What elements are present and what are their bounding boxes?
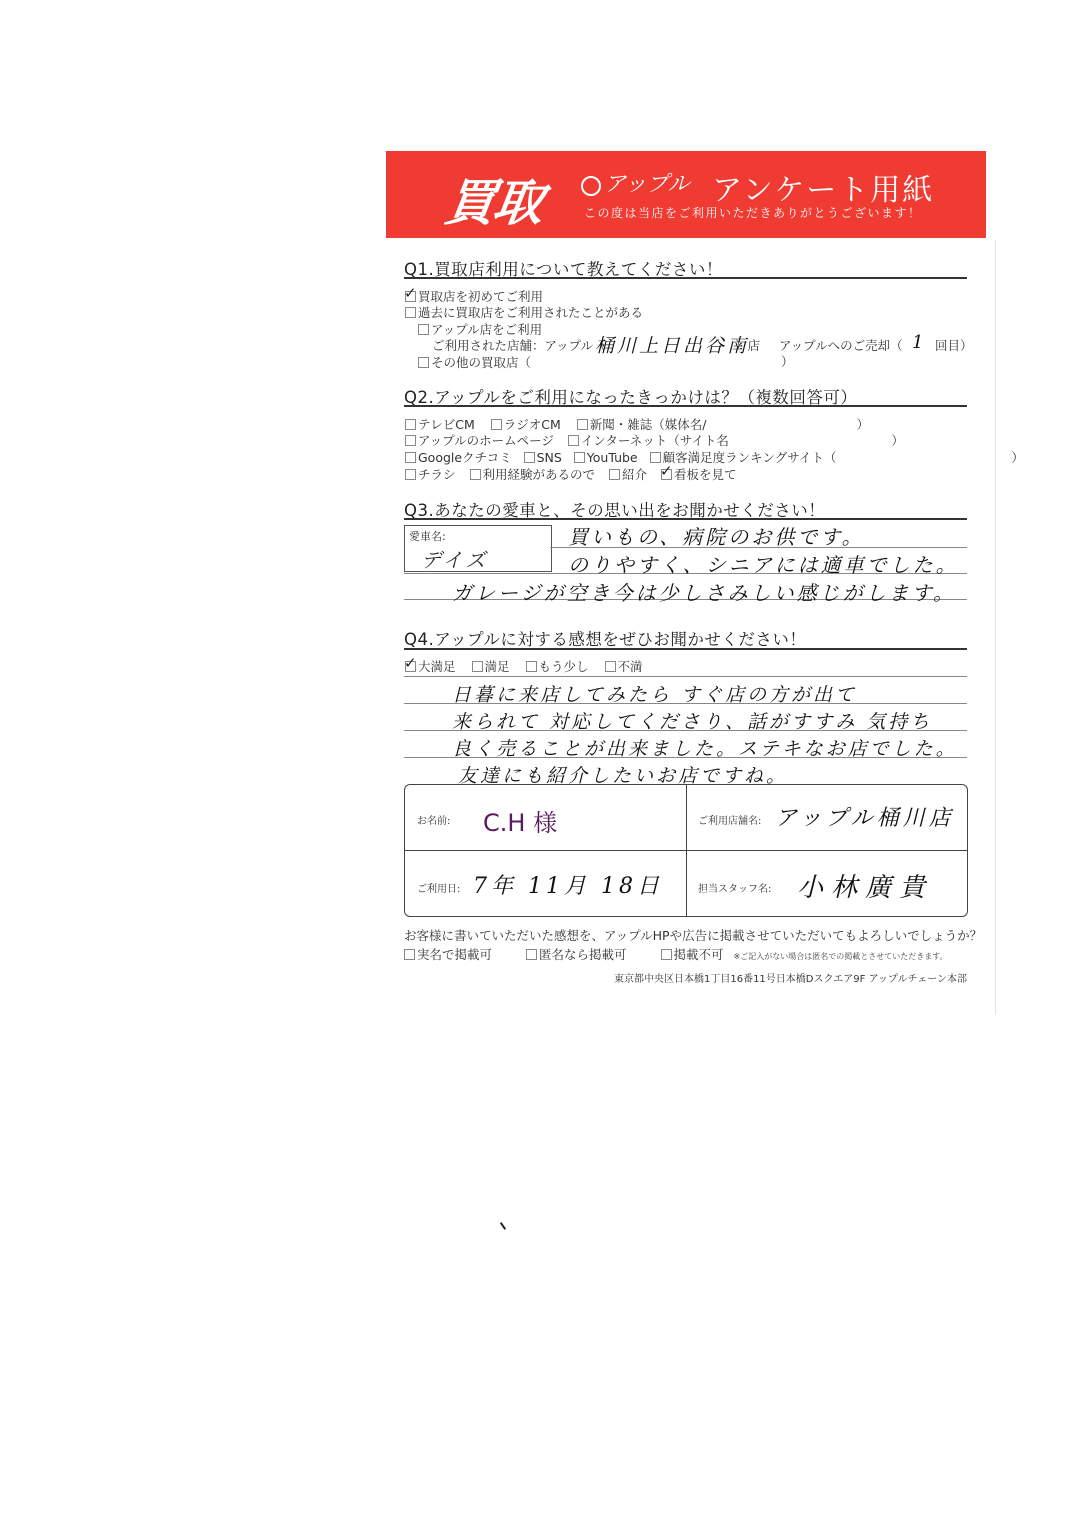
car-name-value: デイズ <box>421 544 488 573</box>
checkbox[interactable] <box>405 307 416 318</box>
q4-option-unsatisfied[interactable]: 不満 <box>605 659 643 674</box>
footer-address: 東京都中央区日本橋1丁目16番11号日本橋Dスクエア9F アップルチェーン本部 <box>614 970 967 985</box>
q2-option-signboard[interactable]: 看板を見て <box>661 467 737 482</box>
car-name-label: 愛車名: <box>409 528 446 544</box>
checkbox[interactable] <box>418 357 429 368</box>
scan-page-edge <box>995 240 996 1015</box>
q1-rule <box>404 277 967 279</box>
checkbox[interactable] <box>650 452 661 463</box>
checkbox[interactable] <box>526 949 537 960</box>
option-label: チラシ <box>418 467 456 482</box>
checkbox[interactable] <box>405 469 416 480</box>
q2-option-referral[interactable]: 紹介 <box>609 467 647 482</box>
option-label: テレビCM <box>418 417 475 432</box>
consent-option-real-name[interactable]: 実名で掲載可 <box>404 947 492 962</box>
checkbox[interactable] <box>524 452 535 463</box>
car-name-field[interactable]: 愛車名: デイズ <box>404 525 552 572</box>
option-label: ラジオCM <box>504 417 561 432</box>
q2-option-tv[interactable]: テレビCM <box>405 417 475 432</box>
option-label: YouTube <box>587 450 638 465</box>
staff-label: 担当スタッフ名: <box>698 880 771 895</box>
checkbox[interactable] <box>574 452 585 463</box>
consent-option-no[interactable]: 掲載不可 <box>661 947 724 962</box>
staff-field[interactable]: 小林廣貴 <box>797 867 933 904</box>
checkbox[interactable] <box>405 419 416 430</box>
store-label: ご利用店舗名: <box>698 812 761 827</box>
q2-option-internet[interactable]: インターネット（サイト名 ） <box>568 433 904 448</box>
consent-note: ※ご記入がない場合は匿名での掲載とさせていただきます。 <box>734 952 948 961</box>
checkbox[interactable] <box>405 452 416 463</box>
q2-option-ranking[interactable]: 顧客満足度ランキングサイト（ ） <box>650 450 1024 465</box>
checkbox-checked[interactable] <box>405 661 416 672</box>
q1-sales-prefix: アップルへのご売却（ <box>779 336 903 354</box>
checkbox-checked[interactable] <box>405 291 416 302</box>
q4-option-satisfied[interactable]: 満足 <box>472 659 510 674</box>
q2-option-homepage[interactable]: アップルのホームページ <box>405 433 554 448</box>
q1-store-suffix: ）店 <box>735 336 760 354</box>
q2-row-2: アップルのホームページ インターネット（サイト名 ） <box>405 431 904 449</box>
q1-sales-suffix: 回目） <box>935 336 973 354</box>
consent-options: 実名で掲載可 匿名なら掲載可 掲載不可 ※ご記入がない場合は匿名での掲載とさせて… <box>404 945 948 963</box>
q1-sales-count[interactable]: 1 <box>912 332 926 353</box>
option-label: 匿名なら掲載可 <box>539 947 627 962</box>
option-label: 新聞・雑誌（媒体名/ ） <box>590 417 869 432</box>
q1-other-close: ） <box>781 352 794 370</box>
q3-answer-line-2[interactable]: のりやすく、シニアには適車でした。 <box>568 549 959 578</box>
q1-option-used-before[interactable]: 過去に買取店をご利用されたことがある <box>405 303 643 321</box>
q1-store-value[interactable]: 桶川上日出谷南 <box>595 331 749 358</box>
option-label: 満足 <box>485 659 510 674</box>
option-label: アップルのホームページ <box>418 433 554 448</box>
q2-option-sns[interactable]: SNS <box>524 450 562 465</box>
customer-info-box: お名前: C.H 様 ご利用店舗名: アップル桶川店 ご利用日: 7年 11月 … <box>404 784 968 917</box>
q4-line-1 <box>404 676 967 677</box>
name-field[interactable]: C.H 様 <box>483 803 557 838</box>
q2-rule <box>404 405 967 407</box>
option-label: アップル店をご利用 <box>431 322 542 337</box>
checkbox[interactable] <box>405 435 416 446</box>
checkbox-checked[interactable] <box>661 469 672 480</box>
checkbox[interactable] <box>609 469 620 480</box>
checkbox[interactable] <box>577 419 588 430</box>
q4-answer-line-3[interactable]: 良く売ることが出来ました。ステキなお店でした。 <box>452 734 958 761</box>
checkbox[interactable] <box>661 949 672 960</box>
checkbox[interactable] <box>472 661 483 672</box>
survey-header-banner: 買取 アップル アンケート用紙 この度は当店をご利用いただきありがとうございます… <box>386 151 986 238</box>
store-prefix: ご利用された店舗：アップル（ <box>432 338 606 353</box>
option-label: SNS <box>537 450 562 465</box>
checkbox[interactable] <box>605 661 616 672</box>
apple-logo-icon <box>581 176 601 196</box>
option-label: 紹介 <box>622 467 647 482</box>
checkbox[interactable] <box>470 469 481 480</box>
option-label: 過去に買取店をご利用されたことがある <box>418 305 643 320</box>
option-label: 看板を見て <box>674 467 737 482</box>
name-label: お名前: <box>417 812 450 827</box>
checkbox[interactable] <box>526 661 537 672</box>
checkbox[interactable] <box>418 324 429 335</box>
option-label: 不満 <box>618 659 643 674</box>
consent-question: お客様に書いていただいた感想を、アップルHPや広告に掲載させていただいてもよろし… <box>404 926 982 944</box>
checkbox[interactable] <box>491 419 502 430</box>
kaitori-logo: 買取 <box>441 163 547 235</box>
brand-name: アップル <box>604 167 690 198</box>
q1-store-used-row: ご利用された店舗：アップル（ <box>432 336 606 354</box>
store-field[interactable]: アップル桶川店 <box>775 801 955 832</box>
thanks-message: この度は当店をご利用いただきありがとうございます！ <box>584 204 922 221</box>
q4-answer-line-1[interactable]: 日暮に来店してみたら すぐ店の方が出て <box>452 680 857 707</box>
option-label: 掲載不可 <box>674 947 724 962</box>
survey-title: アンケート用紙 <box>712 165 934 209</box>
option-label: インターネット（サイト名 ） <box>581 433 904 448</box>
date-label: ご利用日: <box>417 880 460 895</box>
q2-row-4: チラシ 利用経験があるので 紹介 看板を見て <box>405 465 737 483</box>
q3-answer-line-3[interactable]: ガレージが空き今は少しさみしい感じがします。 <box>452 577 956 606</box>
option-label: もう少し <box>539 659 589 674</box>
option-label: Googleクチコミ <box>418 450 512 465</box>
option-label: 大満足 <box>418 659 456 674</box>
q4-option-very-satisfied[interactable]: 大満足 <box>405 659 456 674</box>
q2-row-3: Googleクチコミ SNS YouTube 顧客満足度ランキングサイト（ ） <box>405 448 1024 466</box>
scan-stray-mark <box>500 1222 506 1230</box>
checkbox[interactable] <box>568 435 579 446</box>
q2-option-experience[interactable]: 利用経験があるので <box>470 467 596 482</box>
divider <box>405 850 967 851</box>
q4-rule <box>404 648 967 650</box>
q4-answer-line-2[interactable]: 来られて 対応してくださり、話がすすみ 気持ち <box>452 707 932 734</box>
q2-option-flyer[interactable]: チラシ <box>405 467 456 482</box>
date-field[interactable]: 7年 11月 18日 <box>473 869 663 900</box>
q2-option-google[interactable]: Googleクチコミ <box>405 450 512 465</box>
q2-option-youtube[interactable]: YouTube <box>574 450 638 465</box>
q3-answer-line-1[interactable]: 買いもの、病院のお供です。 <box>568 521 865 550</box>
consent-option-anonymous[interactable]: 匿名なら掲載可 <box>526 947 627 962</box>
q4-satisfaction-row: 大満足 満足 もう少し 不満 <box>405 657 643 675</box>
option-label: 買取店を初めてご利用 <box>418 289 543 304</box>
checkbox[interactable] <box>404 949 415 960</box>
q3-rule <box>404 518 967 520</box>
option-label: 顧客満足度ランキングサイト（ ） <box>663 450 1024 465</box>
option-label: 利用経験があるので <box>483 467 596 482</box>
q2-option-newspaper[interactable]: 新聞・雑誌（媒体名/ ） <box>577 417 869 432</box>
q2-option-radio[interactable]: ラジオCM <box>491 417 561 432</box>
option-label: その他の買取店（ <box>431 355 531 370</box>
option-label: 実名で掲載可 <box>417 947 492 962</box>
q4-title: Q4.アップルに対する感想をぜひお聞かせください！ <box>404 626 806 650</box>
q1-option-other-store[interactable]: その他の買取店（ <box>418 353 531 371</box>
q4-option-more[interactable]: もう少し <box>526 659 589 674</box>
